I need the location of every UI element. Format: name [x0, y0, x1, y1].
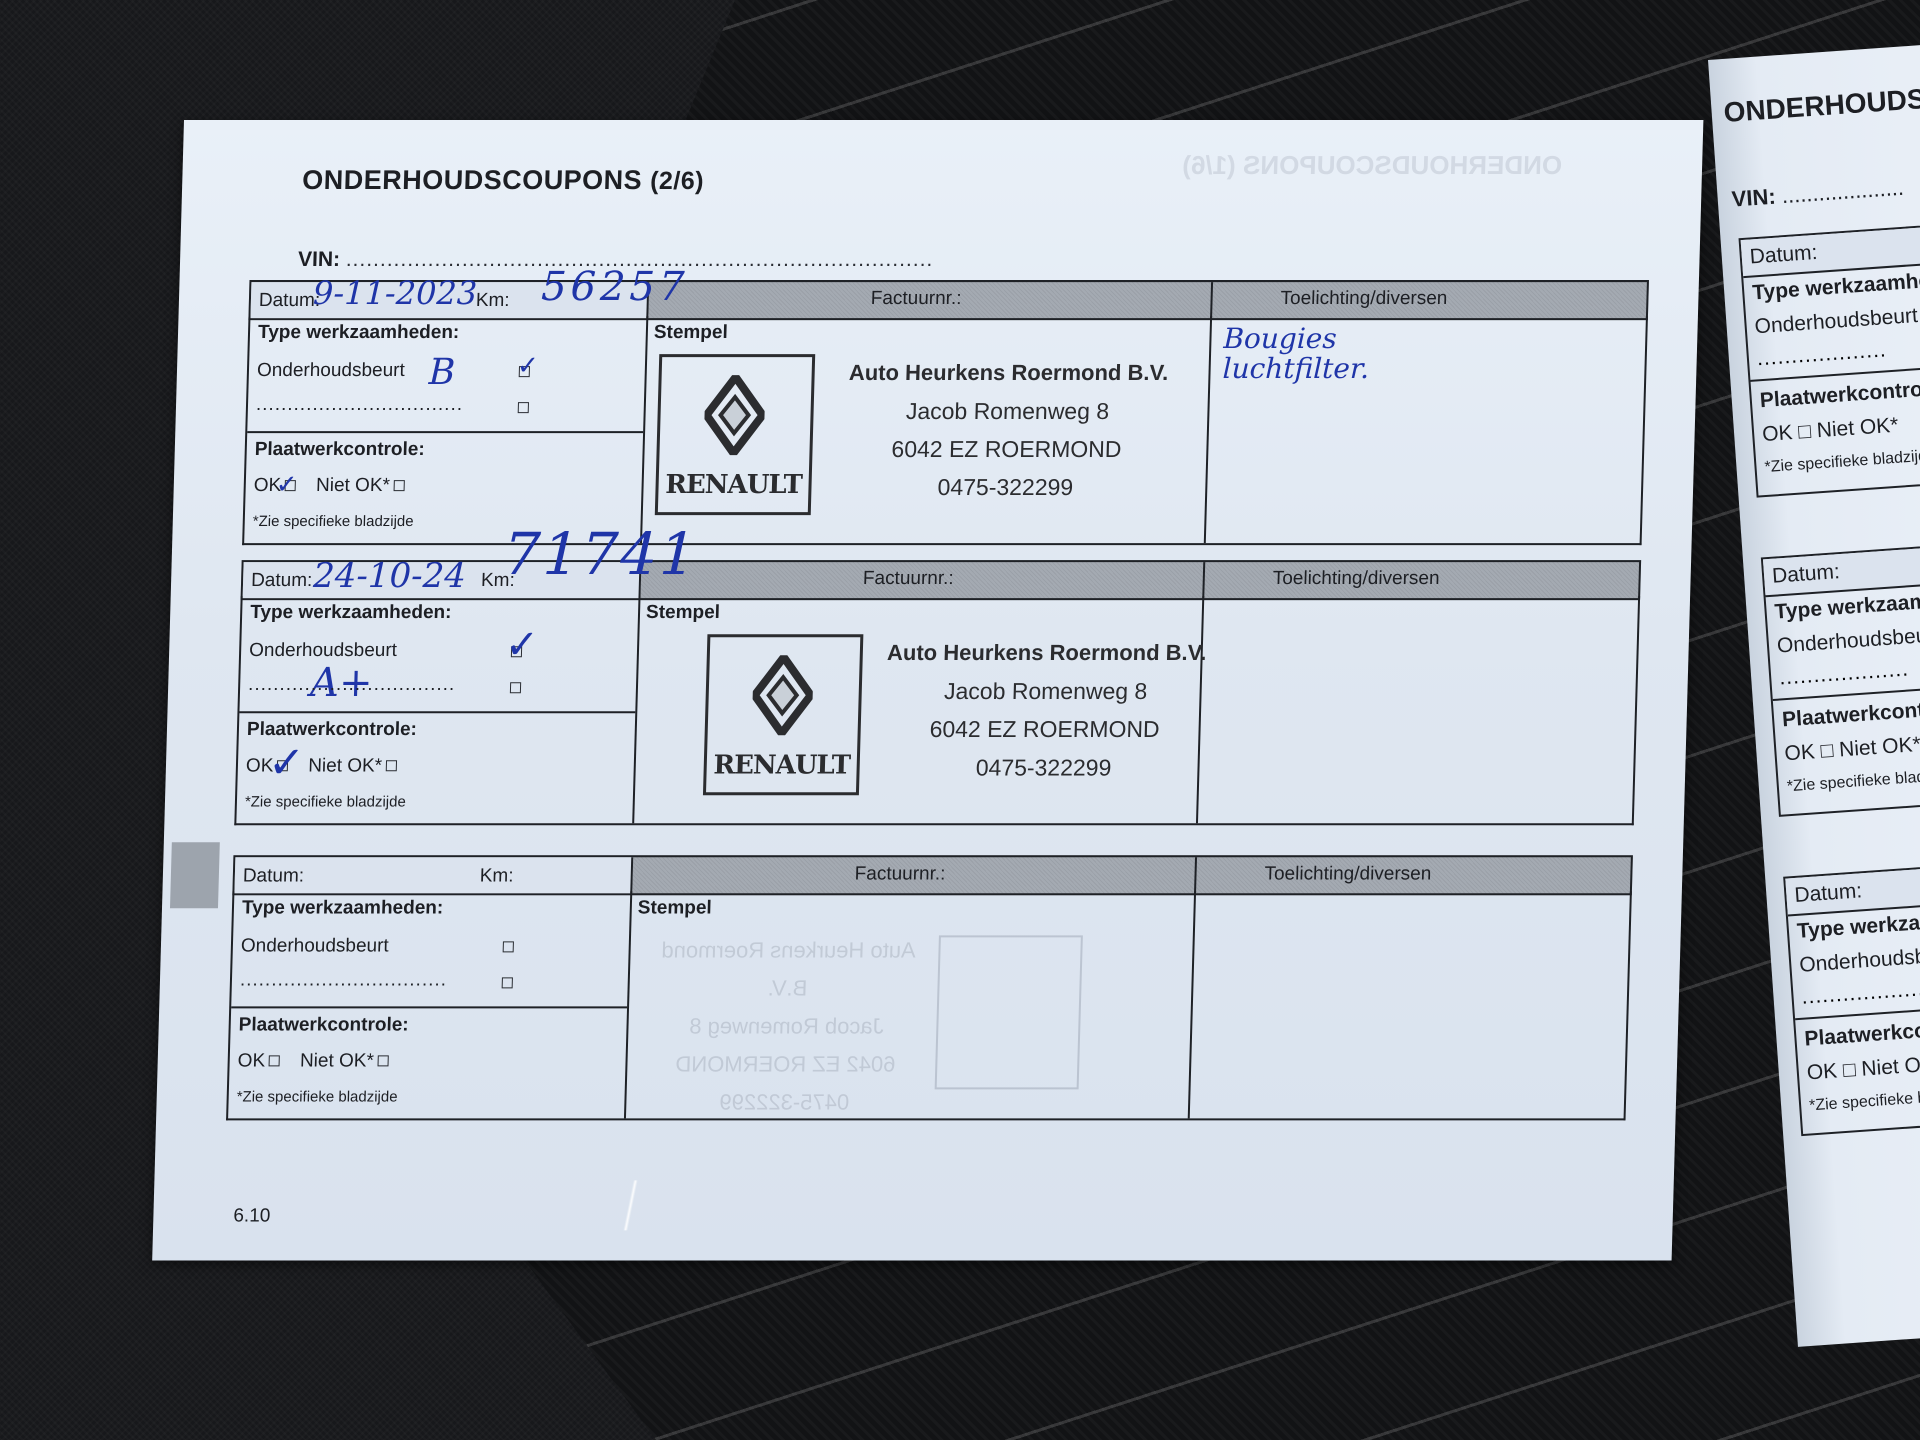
work-type-section: Type werkzaamheden: Onderhoudsbeurt B ✓ … — [247, 316, 646, 433]
page-title: ONDERHOUDSCOUPONS (2/6) — [302, 165, 705, 196]
handwritten-note: Bougies luchtfilter. — [1222, 324, 1370, 384]
right-vin-field: VIN: .................... — [1731, 175, 1905, 213]
toelichting-area — [1190, 891, 1630, 1118]
right-coupon-3: Datum: Type werkzaamheden: Onderhoudsbeu… — [1783, 858, 1920, 1136]
handwritten-km: 71741 — [503, 520, 699, 588]
stamp-area: Stempel Auto Heurkens Roermond B.V. Jaco… — [624, 891, 1196, 1118]
handwritten-date: 24-10-24 — [313, 556, 467, 596]
ok-checkbox[interactable] — [269, 1056, 280, 1067]
check-mark-icon: ✓ — [275, 469, 298, 500]
stamp-area: Stempel RENAULT Auto Heurkens Roermond B… — [632, 596, 1204, 823]
coupon-2: Datum: 24-10-24 Km: 71741 Factuurnr.: To… — [234, 560, 1641, 825]
booklet-left-page: ONDERHOUDSCOUPONS (1/6) ONDERHOUDSCOUPON… — [152, 120, 1703, 1260]
factuurnr-label: Factuurnr.: — [870, 288, 961, 310]
check-mark-icon: ✓ — [517, 350, 540, 381]
other-checkbox[interactable] — [502, 977, 513, 988]
plaatwerk-section: Plaatwerkcontrole: OK Niet OK* *Zie spec… — [228, 1006, 627, 1116]
coupon-header: Datum: Km: Factuurnr.: Toelichting/diver… — [232, 855, 1633, 895]
right-coupon-2: Datum: Type werkzaamheden: Onderhoudsbeu… — [1761, 539, 1920, 817]
check-mark-icon: ✓ — [505, 622, 540, 668]
other-checkbox[interactable] — [518, 402, 529, 413]
work-type-section: Type werkzaamheden: Onderhoudsbeurt A+ ✓… — [239, 596, 638, 713]
bleed-through-logo — [935, 935, 1083, 1089]
bleed-through-title: ONDERHOUDSCOUPONS (1/6) — [1182, 150, 1563, 181]
coupon-3: Datum: Km: Factuurnr.: Toelichting/diver… — [226, 855, 1633, 1120]
coupon-header: Datum: 9-11-2023 Km: 56257 Factuurnr.: T… — [248, 280, 1649, 320]
coupon-1: Datum: 9-11-2023 Km: 56257 Factuurnr.: T… — [242, 280, 1649, 545]
page-count: (2/6) — [650, 167, 705, 195]
niet-ok-checkbox[interactable] — [386, 761, 397, 772]
right-page-title: ONDERHOUDSCOUPONS — [1723, 73, 1920, 129]
check-mark-icon: ✓ — [267, 737, 305, 788]
datum-label: Datum: — [259, 290, 321, 312]
toelichting-label: Toelichting/diversen — [1280, 288, 1447, 310]
bleed-through-stamp: Auto Heurkens Roermond B.V. Jacob Romenw… — [634, 931, 939, 1121]
right-coupon-1: Datum: Type werkzaamheden: Onderhoudsbeu… — [1739, 220, 1920, 498]
renault-logo: RENAULT — [703, 634, 863, 795]
renault-diamond-icon — [752, 655, 814, 735]
toelichting-area — [1198, 596, 1638, 823]
section-tab — [170, 842, 220, 908]
work-type-section: Type werkzaamheden: Onderhoudsbeurt ....… — [231, 891, 630, 1008]
handwritten-km: 56257 — [541, 264, 689, 310]
page-number: 6.10 — [233, 1205, 271, 1227]
renault-diamond-icon — [703, 375, 765, 455]
onderhoudsbeurt-checkbox[interactable] — [503, 941, 514, 952]
stamp-area: Stempel RENAULT Auto Heurkens Roermond B… — [640, 316, 1212, 543]
handwritten-date: 9-11-2023 — [313, 274, 478, 312]
niet-ok-checkbox[interactable] — [394, 481, 405, 492]
niet-ok-checkbox[interactable] — [378, 1056, 389, 1067]
dealer-stamp: RENAULT Auto Heurkens Roermond B.V. Jaco… — [655, 354, 1200, 524]
paper-crease — [623, 1180, 638, 1230]
other-checkbox[interactable] — [510, 682, 521, 693]
dealer-stamp: RENAULT Auto Heurkens Roermond B.V. Jaco… — [703, 634, 1248, 804]
coupon-header: Datum: 24-10-24 Km: 71741 Factuurnr.: To… — [241, 560, 1642, 600]
km-label: Km: — [476, 290, 510, 312]
toelichting-area: Bougies luchtfilter. — [1206, 316, 1646, 543]
handwritten-service-type: B — [428, 352, 456, 393]
plaatwerk-section: Plaatwerkcontrole: OK ✓ Niet OK* *Zie sp… — [236, 711, 635, 821]
renault-logo: RENAULT — [655, 354, 815, 515]
